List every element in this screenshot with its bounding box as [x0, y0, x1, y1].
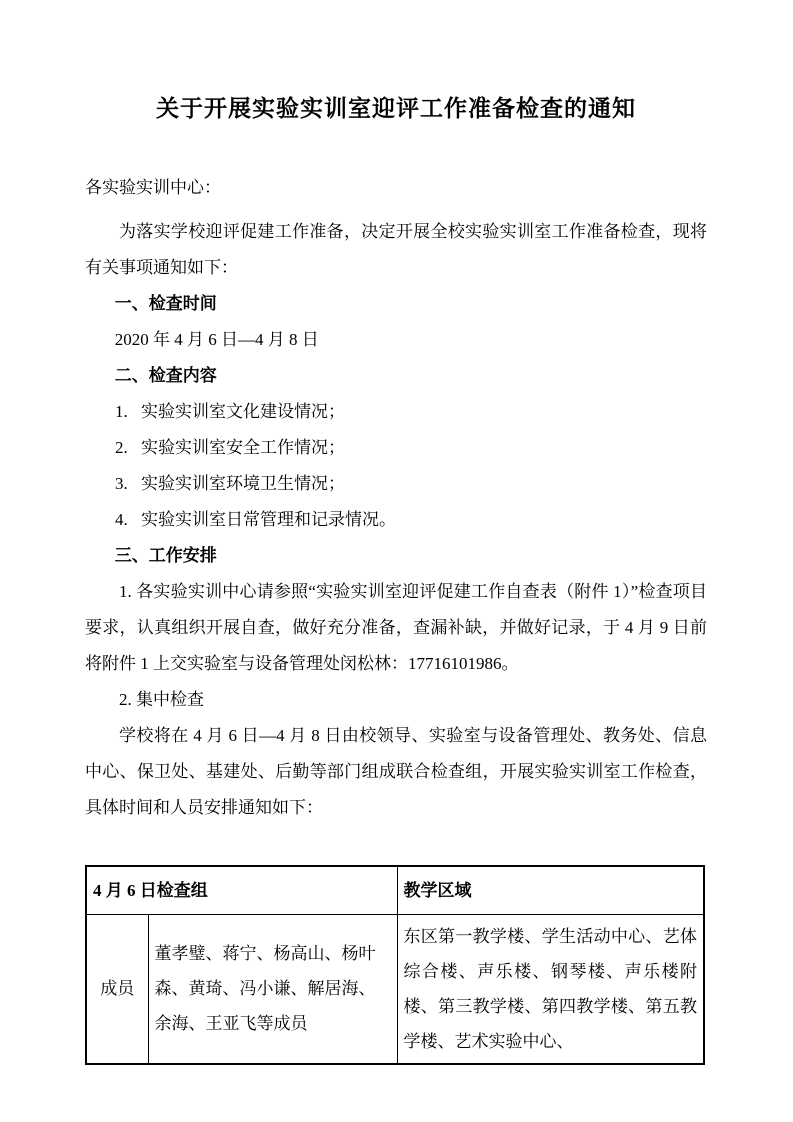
section3-paragraph-2: 2. 集中检查	[85, 682, 707, 718]
document-title: 关于开展实验实训室迎评工作准备检查的通知	[85, 92, 707, 124]
section1-time: 2020 年 4 月 6 日—4 月 8 日	[85, 322, 707, 358]
table-cell-role: 成员	[86, 914, 148, 1064]
list-item: 1. 实验实训室文化建设情况；	[115, 394, 707, 430]
list-item-number: 2.	[115, 430, 141, 466]
table-row: 成员 董孝璧、蒋宁、杨高山、杨叶森、黄琦、冯小谦、解居海、余海、王亚飞等成员 东…	[86, 914, 704, 1064]
section2-heading: 二、检查内容	[85, 358, 707, 394]
list-item-number: 4.	[115, 502, 141, 538]
document-page: 关于开展实验实训室迎评工作准备检查的通知 各实验实训中心： 为落实学校迎评促建工…	[0, 0, 793, 1122]
table-header-row: 4 月 6 日检查组 教学区域	[86, 866, 704, 914]
list-item-text: 实验实训室安全工作情况；	[141, 430, 345, 466]
check-content-list: 1. 实验实训室文化建设情况； 2. 实验实训室安全工作情况； 3. 实验实训室…	[115, 394, 707, 538]
table-header-group: 4 月 6 日检查组	[86, 866, 397, 914]
table-cell-members: 董孝璧、蒋宁、杨高山、杨叶森、黄琦、冯小谦、解居海、余海、王亚飞等成员	[148, 914, 397, 1064]
section3-heading: 三、工作安排	[85, 538, 707, 574]
table-cell-area: 东区第一教学楼、学生活动中心、艺体综合楼、声乐楼、钢琴楼、声乐楼附楼、第三教学楼…	[397, 914, 704, 1064]
section1-heading: 一、检查时间	[85, 286, 707, 322]
table-header-area: 教学区域	[397, 866, 704, 914]
section3-paragraph-1: 1. 各实验实训中心请参照“实验实训室迎评促建工作自查表（附件 1）”检查项目要…	[85, 574, 707, 682]
list-item: 3. 实验实训室环境卫生情况；	[115, 466, 707, 502]
salutation: 各实验实训中心：	[85, 170, 707, 206]
list-item-text: 实验实训室文化建设情况；	[141, 394, 345, 430]
list-item-number: 3.	[115, 466, 141, 502]
list-item: 2. 实验实训室安全工作情况；	[115, 430, 707, 466]
section3-paragraph-3: 学校将在 4 月 6 日—4 月 8 日由校领导、实验室与设备管理处、教务处、信…	[85, 718, 707, 826]
inspection-schedule-table: 4 月 6 日检查组 教学区域 成员 董孝璧、蒋宁、杨高山、杨叶森、黄琦、冯小谦…	[85, 865, 705, 1065]
list-item: 4. 实验实训室日常管理和记录情况。	[115, 502, 707, 538]
intro-paragraph: 为落实学校迎评促建工作准备，决定开展全校实验实训室工作准备检查，现将有关事项通知…	[85, 214, 707, 286]
list-item-text: 实验实训室环境卫生情况；	[141, 466, 345, 502]
list-item-number: 1.	[115, 394, 141, 430]
list-item-text: 实验实训室日常管理和记录情况。	[141, 502, 396, 538]
document-content: 关于开展实验实训室迎评工作准备检查的通知 各实验实训中心： 为落实学校迎评促建工…	[0, 0, 793, 1065]
